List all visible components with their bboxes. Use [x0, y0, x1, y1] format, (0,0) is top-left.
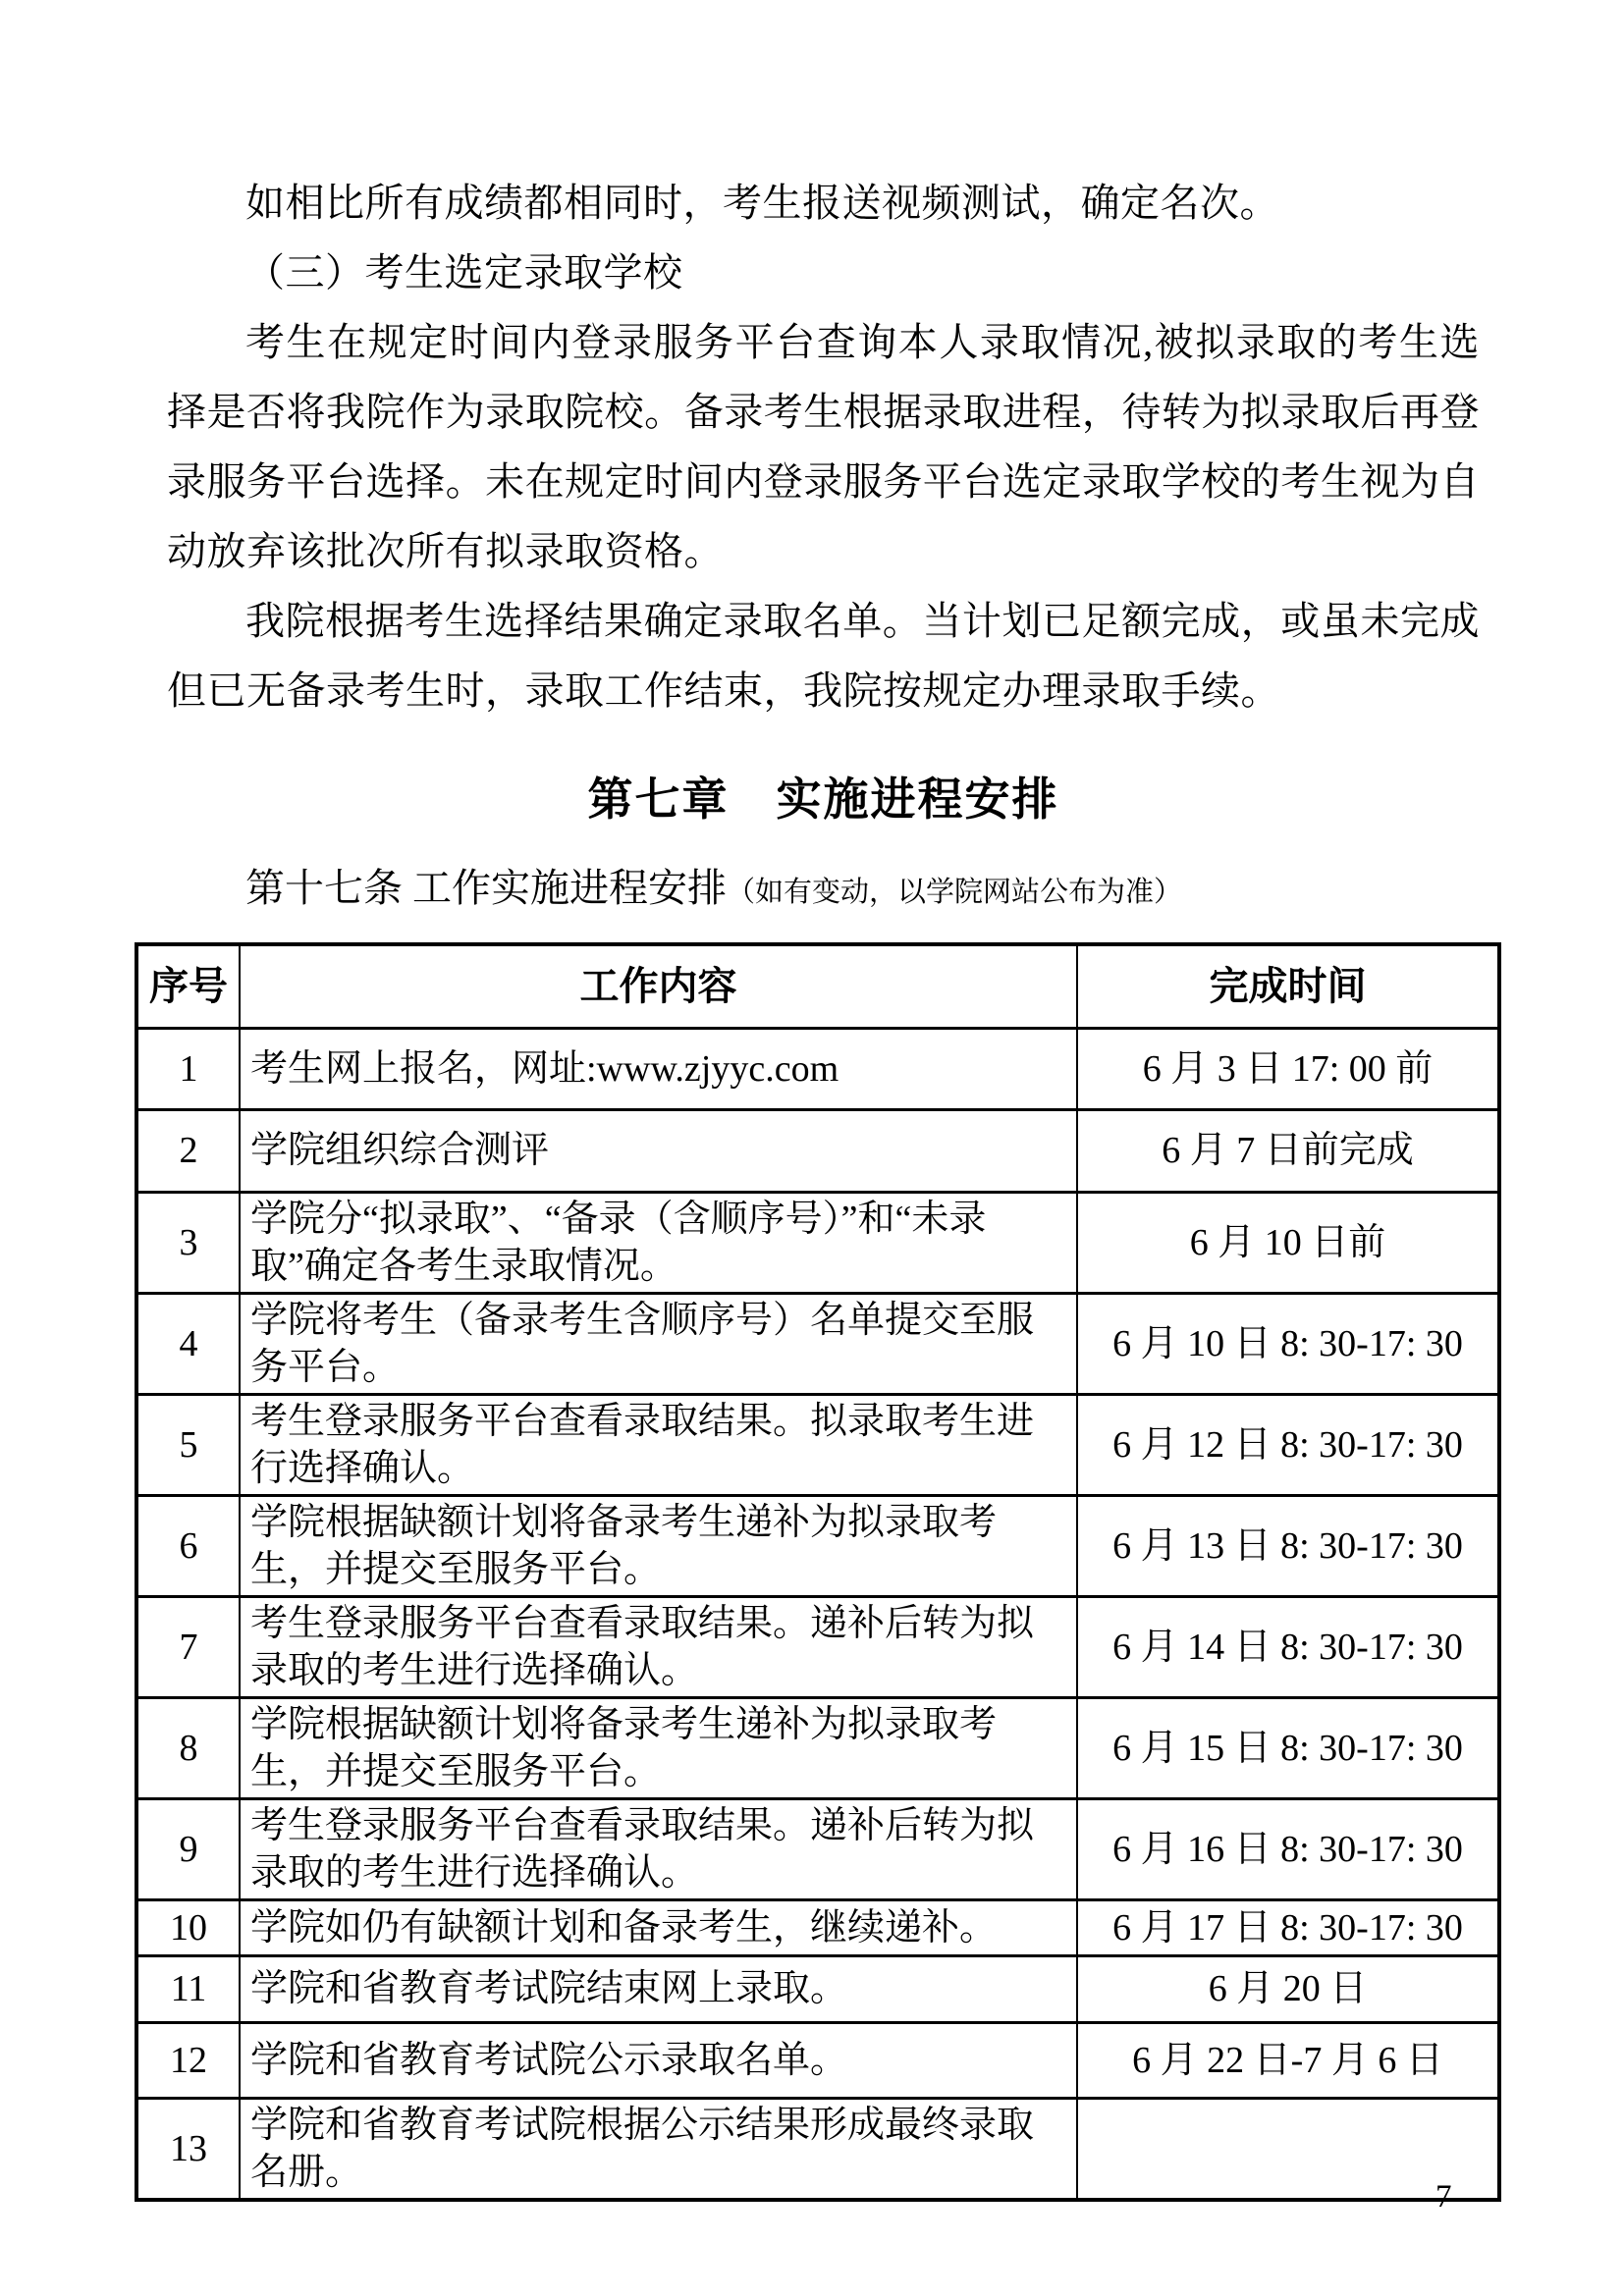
paragraph-subsection-heading: （三）考生选定录取学校 — [167, 238, 1480, 307]
section-title: 第十七条 工作实施进程安排 — [245, 866, 727, 910]
cell-no: 4 — [136, 1293, 240, 1394]
table-row: 1 考生网上报名，网址:www.zjyyc.com 6 月 3 日 17: 00… — [136, 1028, 1499, 1109]
cell-time: 6 月 15 日 8: 30-17: 30 — [1077, 1697, 1499, 1798]
cell-no: 10 — [136, 1899, 240, 1955]
cell-no: 7 — [136, 1596, 240, 1697]
cell-content: 考生登录服务平台查看录取结果。拟录取考生进行选择确认。 — [240, 1394, 1077, 1495]
cell-no: 11 — [136, 1955, 240, 2022]
table-row: 3 学院分“拟录取”、“备录（含顺序号）”和“未录取”确定各考生录取情况。 6 … — [136, 1192, 1499, 1293]
cell-content: 考生登录服务平台查看录取结果。递补后转为拟录取的考生进行选择确认。 — [240, 1798, 1077, 1899]
cell-time: 6 月 3 日 17: 00 前 — [1077, 1028, 1499, 1109]
cell-no: 3 — [136, 1192, 240, 1293]
paragraph-admission-list: 我院根据考生选择结果确定录取名单。当计划已足额完成，或虽未完成但已无备录考生时，… — [167, 586, 1480, 725]
cell-time: 6 月 7 日前完成 — [1077, 1109, 1499, 1192]
cell-time: 6 月 17 日 8: 30-17: 30 — [1077, 1899, 1499, 1955]
section-title-line: 第十七条 工作实施进程安排（如有变动，以学院网站公布为准） — [167, 853, 1480, 928]
page-content: 如相比所有成绩都相同时，考生报送视频测试，确定名次。 （三）考生选定录取学校 考… — [167, 0, 1480, 2202]
cell-content: 学院和省教育考试院结束网上录取。 — [240, 1955, 1077, 2022]
cell-content: 学院和省教育考试院根据公示结果形成最终录取名册。 — [240, 2098, 1077, 2200]
cell-content: 学院根据缺额计划将备录考生递补为拟录取考生，并提交至服务平台。 — [240, 1697, 1077, 1798]
page-number: 7 — [1435, 2177, 1452, 2216]
table-header-row: 序号 工作内容 完成时间 — [136, 944, 1499, 1028]
cell-time: 6 月 12 日 8: 30-17: 30 — [1077, 1394, 1499, 1495]
cell-content: 学院根据缺额计划将备录考生递补为拟录取考生，并提交至服务平台。 — [240, 1495, 1077, 1596]
cell-time: 6 月 16 日 8: 30-17: 30 — [1077, 1798, 1499, 1899]
cell-content: 学院如仍有缺额计划和备录考生，继续递补。 — [240, 1899, 1077, 1955]
cell-no: 8 — [136, 1697, 240, 1798]
table-row: 4 学院将考生（备录考生含顺序号）名单提交至服务平台。 6 月 10 日 8: … — [136, 1293, 1499, 1394]
cell-time: 6 月 10 日 8: 30-17: 30 — [1077, 1293, 1499, 1394]
section-note: （如有变动，以学院网站公布为准） — [727, 877, 1182, 908]
cell-time: 6 月 14 日 8: 30-17: 30 — [1077, 1596, 1499, 1697]
table-row: 2 学院组织综合测评 6 月 7 日前完成 — [136, 1109, 1499, 1192]
table-row: 6 学院根据缺额计划将备录考生递补为拟录取考生，并提交至服务平台。 6 月 13… — [136, 1495, 1499, 1596]
cell-content: 学院组织综合测评 — [240, 1109, 1077, 1192]
cell-no: 13 — [136, 2098, 240, 2200]
cell-no: 5 — [136, 1394, 240, 1495]
table-row: 7 考生登录服务平台查看录取结果。递补后转为拟录取的考生进行选择确认。 6 月 … — [136, 1596, 1499, 1697]
cell-content: 考生登录服务平台查看录取结果。递补后转为拟录取的考生进行选择确认。 — [240, 1596, 1077, 1697]
document-page: 如相比所有成绩都相同时，考生报送视频测试，确定名次。 （三）考生选定录取学校 考… — [0, 0, 1624, 2296]
cell-time: 6 月 22 日-7 月 6 日 — [1077, 2022, 1499, 2098]
cell-content: 学院将考生（备录考生含顺序号）名单提交至服务平台。 — [240, 1293, 1077, 1394]
cell-time: 6 月 20 日 — [1077, 1955, 1499, 2022]
cell-time: 6 月 13 日 8: 30-17: 30 — [1077, 1495, 1499, 1596]
header-cell-time: 完成时间 — [1077, 944, 1499, 1028]
cell-time: 6 月 10 日前 — [1077, 1192, 1499, 1293]
paragraph-candidate-confirmation: 考生在规定时间内登录服务平台查询本人录取情况,被拟录取的考生选择是否将我院作为录… — [167, 307, 1480, 586]
cell-no: 1 — [136, 1028, 240, 1109]
table-row: 13 学院和省教育考试院根据公示结果形成最终录取名册。 — [136, 2098, 1499, 2200]
header-cell-no: 序号 — [136, 944, 240, 1028]
header-cell-content: 工作内容 — [240, 944, 1077, 1028]
table-row: 12 学院和省教育考试院公示录取名单。 6 月 22 日-7 月 6 日 — [136, 2022, 1499, 2098]
table-row: 9 考生登录服务平台查看录取结果。递补后转为拟录取的考生进行选择确认。 6 月 … — [136, 1798, 1499, 1899]
table-row: 5 考生登录服务平台查看录取结果。拟录取考生进行选择确认。 6 月 12 日 8… — [136, 1394, 1499, 1495]
paragraph-tie-rule: 如相比所有成绩都相同时，考生报送视频测试，确定名次。 — [167, 168, 1480, 238]
cell-no: 6 — [136, 1495, 240, 1596]
cell-content: 学院分“拟录取”、“备录（含顺序号）”和“未录取”确定各考生录取情况。 — [240, 1192, 1077, 1293]
cell-content: 考生网上报名，网址:www.zjyyc.com — [240, 1028, 1077, 1109]
chapter-title: 第七章 实施进程安排 — [167, 763, 1480, 837]
table-row: 11 学院和省教育考试院结束网上录取。 6 月 20 日 — [136, 1955, 1499, 2022]
cell-no: 9 — [136, 1798, 240, 1899]
cell-no: 12 — [136, 2022, 240, 2098]
table-row: 10 学院如仍有缺额计划和备录考生，继续递补。 6 月 17 日 8: 30-1… — [136, 1899, 1499, 1955]
cell-no: 2 — [136, 1109, 240, 1192]
cell-content: 学院和省教育考试院公示录取名单。 — [240, 2022, 1077, 2098]
table-row: 8 学院根据缺额计划将备录考生递补为拟录取考生，并提交至服务平台。 6 月 15… — [136, 1697, 1499, 1798]
schedule-table: 序号 工作内容 完成时间 1 考生网上报名，网址:www.zjyyc.com 6… — [135, 942, 1501, 2202]
